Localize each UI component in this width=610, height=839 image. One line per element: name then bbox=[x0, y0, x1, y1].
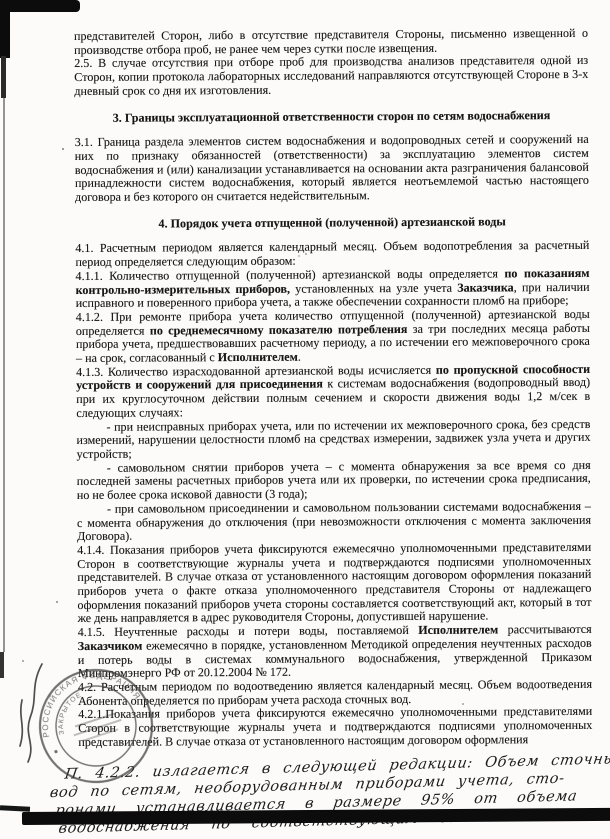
scan-artifact-left-edge bbox=[3, 96, 5, 652]
scan-artifact-left-corner bbox=[1, 56, 6, 98]
paragraph-4-1-4: 4.1.4. Показания приборов учета фиксирую… bbox=[77, 541, 591, 626]
contract-text-block: представителей Сторон, либо в отсутствие… bbox=[74, 27, 592, 750]
section-heading-3: 3. Границы эксплуатационной ответственно… bbox=[92, 108, 570, 125]
scan-artifact-bottom-dash bbox=[0, 805, 30, 812]
paragraph-4-1-3: 4.1.3. Количество израсходованной артези… bbox=[76, 363, 590, 421]
scan-artifact-top-bar bbox=[0, 0, 80, 12]
scan-artifact-left-corner bbox=[0, 0, 10, 58]
scanned-document-page: представителей Сторон, либо в отсутствие… bbox=[0, 0, 610, 839]
paragraph-4-1-2: 4.1.2. При ремонте прибора учета количес… bbox=[76, 308, 590, 366]
paragraph-2-5: 2.5. В случае отсутствия при отборе проб… bbox=[74, 54, 588, 98]
scan-noise-specks bbox=[62, 148, 64, 150]
paragraph-4-1-1: 4.1.1. Количество отпущенной (полученной… bbox=[75, 267, 589, 311]
bullet-item-1: - при неисправных приборах учета, или по… bbox=[76, 417, 590, 461]
bullet-item-2: - самовольном снятии приборов учета – с … bbox=[77, 459, 591, 503]
paragraph-3-1: 3.1. Граница раздела элементов систем во… bbox=[75, 133, 589, 205]
scan-artifact-left-edge bbox=[0, 652, 4, 678]
paragraph-4-1-5: 4.1.5. Неучтенные расходы и потери воды,… bbox=[78, 623, 592, 681]
section-heading-4: 4. Порядок учета отпущенной (полученной)… bbox=[93, 215, 571, 232]
bullet-item-3: - при самовольном присоединении и самово… bbox=[77, 500, 591, 544]
handwritten-signature-squiggle bbox=[4, 660, 56, 778]
